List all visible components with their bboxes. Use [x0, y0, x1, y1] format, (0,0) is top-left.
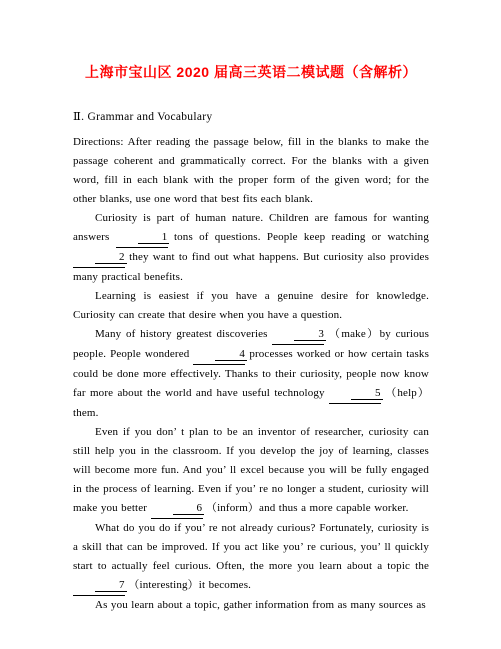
paragraph-7: As you learn about a topic, gather infor…: [73, 596, 429, 615]
fill-in-blank-3: 3: [272, 325, 324, 345]
blank-number: 7: [95, 579, 127, 592]
fill-in-blank-7: 7: [73, 576, 125, 596]
passage-content: Directions: After reading the passage be…: [73, 133, 429, 615]
document-page: 上海市宝山区 2020 届高三英语二模试题（含解析） Ⅱ. Grammar an…: [0, 0, 501, 649]
paragraph-5: Even if you don’ t plan to be an invento…: [73, 423, 429, 519]
fill-in-blank-5: 5: [329, 384, 381, 404]
paragraph-1: Directions: After reading the passage be…: [73, 133, 429, 209]
paragraph-6: What do you do if you’ re not already cu…: [73, 519, 429, 596]
document-title: 上海市宝山区 2020 届高三英语二模试题（含解析）: [73, 62, 429, 82]
blank-number: 6: [173, 502, 205, 515]
blank-number: 1: [138, 231, 170, 244]
fill-in-blank-2: 2: [73, 248, 125, 268]
fill-in-blank-6: 6: [151, 499, 203, 519]
paragraph-3: Learning is easiest if you have a genuin…: [73, 287, 429, 325]
paragraph-2: Curiosity is part of human nature. Child…: [73, 209, 429, 287]
blank-number: 3: [294, 328, 326, 341]
paragraph-4: Many of history greatest discoveries 3 （…: [73, 325, 429, 423]
blank-number: 5: [351, 387, 383, 400]
blank-number: 2: [95, 251, 127, 264]
fill-in-blank-4: 4: [193, 345, 245, 365]
section-heading: Ⅱ. Grammar and Vocabulary: [73, 110, 429, 124]
fill-in-blank-1: 1: [116, 228, 168, 248]
blank-number: 4: [215, 348, 247, 361]
